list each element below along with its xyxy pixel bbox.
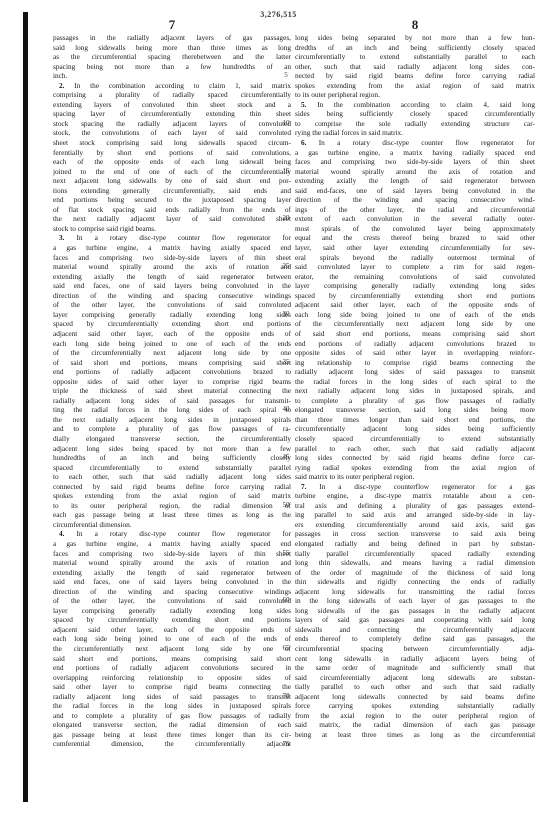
left-text-line: each long side being joined to one of ea… [53, 634, 291, 644]
left-text-line: layer comprising generally radially exte… [53, 606, 291, 616]
right-text-line: opposite sides of said other layer in ov… [295, 348, 535, 358]
line-number: 10 [279, 119, 293, 127]
right-text-line: rying radial spokes extending from the a… [295, 463, 535, 473]
line-number: 30 [279, 310, 293, 318]
right-text-line: 7. In a disc-type counterflow regenerato… [295, 482, 535, 492]
left-text-line: overlapping reinforcing relationship to … [53, 673, 291, 683]
right-text-line: eral spirals beyond the radially outermo… [295, 253, 535, 263]
right-text-line: erator, the remaining convolutions of sa… [295, 272, 535, 282]
left-text-line: said long sidewalls being more than thre… [53, 43, 291, 53]
right-text-line: to comprise the sole radially extending … [295, 119, 535, 129]
left-text-line: direction of the winding and spacing con… [53, 291, 291, 301]
right-text-line: tially parallel to each other and such t… [295, 682, 535, 692]
right-text-line: parallel to each other, such that said r… [295, 444, 535, 454]
right-text-line: sidewalls and connecting the circumferen… [295, 625, 535, 635]
line-number: 50 [279, 501, 293, 509]
right-text-line: to complete a plurality of gas flow pass… [295, 396, 535, 406]
left-text-line: ferentially by short end portions of sai… [53, 148, 291, 158]
left-text-line: sheet stock comprising said long sidewal… [53, 138, 291, 148]
left-text-line: faces and comprising two side-by-side la… [53, 253, 291, 263]
right-text-line: elongated radially and being defined in … [295, 539, 535, 549]
right-text-line: said matrix to its outer peripheral regi… [295, 472, 535, 482]
left-text-line: the next radially adjacent layer of said… [53, 214, 291, 224]
right-text-line: to its outer peripheral region. [295, 90, 535, 100]
right-text-line: dredths of an inch and being sufficientl… [295, 43, 535, 53]
right-text-line: 5. In the combination according to claim… [295, 100, 535, 110]
left-text-line: said short end portions, means comprisin… [53, 654, 291, 664]
right-text-line: radially adjacent long sides of said pas… [295, 367, 535, 377]
right-text-line: circumferentially adjacent long sides be… [295, 424, 535, 434]
right-text-line: force carrying spokes extending substant… [295, 701, 535, 711]
right-text-line: direction of the winding and spacing con… [295, 195, 535, 205]
right-text-line: a gas turbine engine, a matrix having ra… [295, 148, 535, 158]
right-text-line: spaced by circumferentially extending sh… [295, 291, 535, 301]
left-text-line: extending axially the length of said reg… [53, 568, 291, 578]
left-text-line: connected by said rigid beams define for… [53, 482, 291, 492]
right-text-line: spokes extending from the axial region o… [295, 81, 535, 91]
right-text-line: extent of each convolution in the severa… [295, 214, 535, 224]
left-text-line: passages in the radially adjacent layers… [53, 33, 291, 43]
left-text-line: of said short end portions, means compri… [53, 358, 291, 368]
left-text-line: joined to the end of one of each of the … [53, 167, 291, 177]
left-text-line: spaced by circumferentially extending sh… [53, 615, 291, 625]
left-text-line: opposite sides of said other layer to co… [53, 377, 291, 387]
left-text-line: each of the opposite ends of each long s… [53, 157, 291, 167]
left-text-line: gas passage being at least three times l… [53, 730, 291, 740]
left-column-text: passages in the radially adjacent layers… [53, 33, 291, 749]
right-text-line: 6. In a rotary disc-type counter flow re… [295, 138, 535, 148]
left-text-line: 3. In a rotary disc-type counter flow re… [53, 233, 291, 243]
right-text-line: in the long sidewalls of each layer of g… [295, 596, 535, 606]
left-text-line: spokes extending from the axial region o… [53, 491, 291, 501]
right-text-line: extending axially the length of said reg… [295, 176, 535, 186]
left-text-line: and to complete a plurality of gas flow … [53, 424, 291, 434]
line-number: 15 [279, 167, 293, 175]
right-text-line: of said short end portions, means compri… [295, 329, 535, 339]
right-text-line: ers extending circumferentially around s… [295, 520, 535, 530]
right-text-line: said matrix, the radial dimension of eac… [295, 720, 535, 730]
right-text-line: layer, said other layer extending circum… [295, 243, 535, 253]
right-text-line: faces and comprising two side-by-side la… [295, 157, 535, 167]
right-text-line: layers of said gas passages and cooperat… [295, 615, 535, 625]
left-column: 7 passages in the radially adjacent laye… [53, 18, 291, 749]
right-text-line: said circumferentially adjacent long sid… [295, 673, 535, 683]
left-text-line: stock, the convolutions of each layer of… [53, 128, 291, 138]
left-text-line: adjacent said other layer, each of the o… [53, 625, 291, 635]
right-text-line: circumferentially to extend substantiall… [295, 52, 535, 62]
right-text-line: closely spaced circumferentially to exte… [295, 434, 535, 444]
right-text-line: of the order of magnitude of the thickne… [295, 568, 535, 578]
left-text-line: end portions being secured to the juxtap… [53, 195, 291, 205]
right-text-line: rying the radial forces in said matrix. [295, 128, 535, 138]
right-text-line: than three times longer than said short … [295, 415, 535, 425]
right-text-line: adjacent long sidewalls for transmitting… [295, 587, 535, 597]
right-text-line: each long side being joined to one of ea… [295, 310, 535, 320]
right-text-line: next radially adjacent long sides in jux… [295, 386, 535, 396]
left-text-line: extending axially the length of said reg… [53, 272, 291, 282]
left-text-line: said end faces, one of said layers being… [53, 281, 291, 291]
right-text-line: ends thereof to completely define said g… [295, 634, 535, 644]
left-text-line: of the other layer, the convolutions of … [53, 300, 291, 310]
right-text-line: said end-faces, one of said layers being… [295, 186, 535, 196]
page-number-left: 7 [53, 18, 291, 33]
left-text-line: triple the thickness of said sheet mater… [53, 386, 291, 396]
right-text-line: material wound spirally around the axis … [295, 167, 535, 177]
right-column-text: long sides being separated by not more t… [295, 33, 535, 739]
line-number: 65 [279, 644, 293, 652]
left-text-line: end portions of radially adjacent convol… [53, 367, 291, 377]
line-number: 40 [279, 405, 293, 413]
right-text-line: cent long sidewalls in radially adjacent… [295, 654, 535, 664]
left-text-line: spacing layer of circumferentially exten… [53, 109, 291, 119]
right-text-line: equal and the crests thereof being braze… [295, 233, 535, 243]
left-text-line: hundredths of an inch and being sufficie… [53, 453, 291, 463]
right-text-line: circumferential spacing between circumfe… [295, 644, 535, 654]
left-text-line: inch. [53, 71, 291, 81]
right-column: 8 long sides being separated by not more… [295, 18, 535, 739]
right-text-line: long sides connected by said rigid beams… [295, 453, 535, 463]
right-text-line: of the circumferentially next adjacent l… [295, 319, 535, 329]
right-text-line: passages in cross section transverse to … [295, 529, 535, 539]
left-text-line: each long side being joined to one of ea… [53, 339, 291, 349]
left-text-line: next adjacent long sidewalls by one of s… [53, 176, 291, 186]
right-text-line: the same order of magnitude and sufficie… [295, 663, 535, 673]
right-text-line: layer comprising generally radially exte… [295, 281, 535, 291]
right-text-line: said convoluted layer to complete a rim … [295, 262, 535, 272]
right-text-line: long sides being separated by not more t… [295, 33, 535, 43]
right-text-line: turbine engine, a disc-type matrix rotat… [295, 491, 535, 501]
left-text-line: stock to comprise said rigid beams. [53, 224, 291, 234]
left-text-line: a gas turbine engine, a matrix having ax… [53, 243, 291, 253]
left-text-line: dially elongated transverse section, the… [53, 434, 291, 444]
right-text-line: end portions of radially adjacent convol… [295, 339, 535, 349]
left-text-line: the radial forces in the long sides in j… [53, 701, 291, 711]
left-text-line: extending layers of convoluted thin shee… [53, 100, 291, 110]
line-number: 25 [279, 262, 293, 270]
right-text-line: sides being sufficiently closely spaced … [295, 109, 535, 119]
left-text-line: and to complete a plurality of gas flow … [53, 711, 291, 721]
line-number: 20 [279, 214, 293, 222]
right-text-line: ing parallel to said axis and arranged s… [295, 510, 535, 520]
left-text-line: material wound spirally around the axis … [53, 262, 291, 272]
left-text-line: layer comprising generally radially exte… [53, 310, 291, 320]
right-text-line: thin sidewalls and rigidly connecting th… [295, 577, 535, 587]
line-number: 55 [279, 549, 293, 557]
left-text-line: stock spacing the radially adjacent laye… [53, 119, 291, 129]
left-text-line: end portions of radially adjacent convol… [53, 663, 291, 673]
line-number: 70 [279, 692, 293, 700]
left-text-line: the next radially adjacent long sides in… [53, 415, 291, 425]
left-text-line: cumferential dimension, the circumferent… [53, 739, 291, 749]
left-text-line: adjacent long sides being spaced by not … [53, 444, 291, 454]
right-text-line: from the axial region to the outer perip… [295, 711, 535, 721]
left-text-line: tions extending generally circumferentia… [53, 186, 291, 196]
left-text-line: radially adjacent long sides of said pas… [53, 396, 291, 406]
left-text-line: comprising a plurality of radially space… [53, 90, 291, 100]
right-text-line: ings of the other layer, the radial and … [295, 205, 535, 215]
left-text-line: a gas turbine engine, a matrix having ax… [53, 539, 291, 549]
left-text-line: spaced by circumferentially extending sh… [53, 319, 291, 329]
left-text-line: adjacent said other layer, each of the o… [53, 329, 291, 339]
right-text-line: other, such that said radially adjacent … [295, 62, 535, 72]
left-text-line: said end faces, one of said layers being… [53, 577, 291, 587]
right-text-line: tially parallel circumferentially spaced… [295, 549, 535, 559]
right-text-line: adjacent long sidewalls connected by sai… [295, 692, 535, 702]
line-number: 45 [279, 453, 293, 461]
right-text-line: long sidewalls of the gas passages in th… [295, 606, 535, 616]
line-number: 60 [279, 596, 293, 604]
left-text-line: direction of the winding and spacing con… [53, 587, 291, 597]
scan-edge-bar [23, 12, 28, 802]
left-text-line: 2. In the combination according to claim… [53, 81, 291, 91]
left-text-line: of the circumferentially next adjacent l… [53, 348, 291, 358]
left-text-line: ting the radial forces in the long sides… [53, 405, 291, 415]
right-text-line: nected by said rigid beams define force … [295, 71, 535, 81]
left-text-line: elongated transverse section, the radial… [53, 720, 291, 730]
left-text-line: of the other layer, the convolutions of … [53, 596, 291, 606]
page-number-right: 8 [295, 18, 535, 33]
left-text-line: to its outer peripheral region, the radi… [53, 501, 291, 511]
right-text-line: being at least three times as long as th… [295, 730, 535, 740]
right-text-line: elongated transverse section, said long … [295, 405, 535, 415]
left-text-line: of flat stock spacing said ends radially… [53, 205, 291, 215]
left-text-line: as the circumferential spacing therebetw… [53, 52, 291, 62]
line-number: 75 [279, 740, 293, 748]
right-text-line: tral axis and defining a plurality of ga… [295, 501, 535, 511]
left-text-line: said other layer to comprise rigid beams… [53, 682, 291, 692]
left-text-line: each gas passage being at least three ti… [53, 510, 291, 520]
left-text-line: the circumferentially next adjacent long… [53, 644, 291, 654]
right-text-line: long thin sidewalls, and means having a … [295, 558, 535, 568]
line-number: 5 [279, 71, 293, 79]
left-text-line: material wound spirally around the axis … [53, 558, 291, 568]
right-text-line: most spirals of the convoluted layer bei… [295, 224, 535, 234]
left-text-line: faces and comprising two side-by-side la… [53, 549, 291, 559]
left-text-line: spaced circumferentially to extend subst… [53, 463, 291, 473]
right-text-line: adjacent said other layer, each of the o… [295, 300, 535, 310]
line-number: 35 [279, 358, 293, 366]
left-text-line: 4. In a rotary disc-type counter flow re… [53, 529, 291, 539]
left-text-line: radially adjacent long sides of said pas… [53, 692, 291, 702]
left-text-line: spacing being not more than a few hundre… [53, 62, 291, 72]
left-text-line: to each other, such that said radially a… [53, 472, 291, 482]
right-text-line: ing relationship to comprise rigid beams… [295, 358, 535, 368]
right-text-line: the radial forces in the long sides of e… [295, 377, 535, 387]
left-text-line: circumferential dimension. [53, 520, 291, 530]
